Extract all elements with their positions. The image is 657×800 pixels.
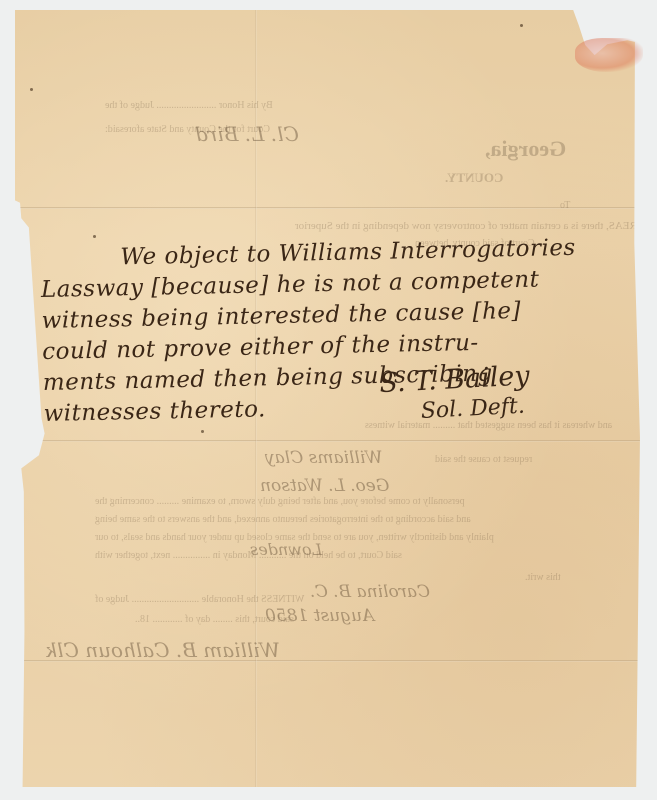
fold-crease-1 bbox=[15, 207, 645, 209]
bleed-hand-5: Carolina B. C. bbox=[310, 582, 430, 602]
fold-crease-2 bbox=[15, 440, 645, 442]
bleed-hand-3: Geo. L. Watson bbox=[260, 476, 389, 496]
bleed-hand-7: William B. Calhoun Clk bbox=[45, 638, 280, 662]
ink-speck bbox=[30, 88, 33, 91]
bleed-hand-6: August 1850 bbox=[265, 606, 374, 626]
bleed-said-court: said Court, to be held on the ..........… bbox=[95, 550, 402, 561]
bleed-personally: personally to come before you, and after… bbox=[95, 496, 465, 507]
ink-speck bbox=[520, 24, 523, 27]
bleed-request: request to cause the said bbox=[435, 454, 532, 465]
bleed-county-label: COUNTY. bbox=[445, 170, 503, 186]
bleed-whereas: WHEREAS, there is a certain matter of co… bbox=[295, 220, 657, 232]
bleed-hand-4: Lowndes bbox=[250, 540, 322, 559]
ink-speck bbox=[93, 235, 96, 238]
bleed-line-to: To bbox=[560, 200, 570, 211]
scanned-document: By his Honor ........................ Ju… bbox=[0, 0, 657, 800]
handwritten-objection: We object to Williams Interrogatories La… bbox=[40, 231, 644, 430]
bleed-and-said: and said according to the interrogatorie… bbox=[95, 514, 471, 525]
bleed-hand-2: Williams Clay bbox=[265, 448, 383, 468]
bleed-state-heading: Georgia, bbox=[485, 136, 566, 162]
bleed-witness: WITNESS the Honorable ..................… bbox=[95, 594, 304, 605]
ink-speck bbox=[201, 430, 204, 433]
bleed-hand-1: Cl. L. Bird bbox=[195, 122, 299, 146]
bleed-line-honor: By his Honor ........................ Ju… bbox=[105, 100, 273, 111]
bleed-this-writ: this writ. bbox=[525, 572, 561, 583]
signature-block: S. T. Bailey Sol. Deft. bbox=[349, 360, 532, 427]
